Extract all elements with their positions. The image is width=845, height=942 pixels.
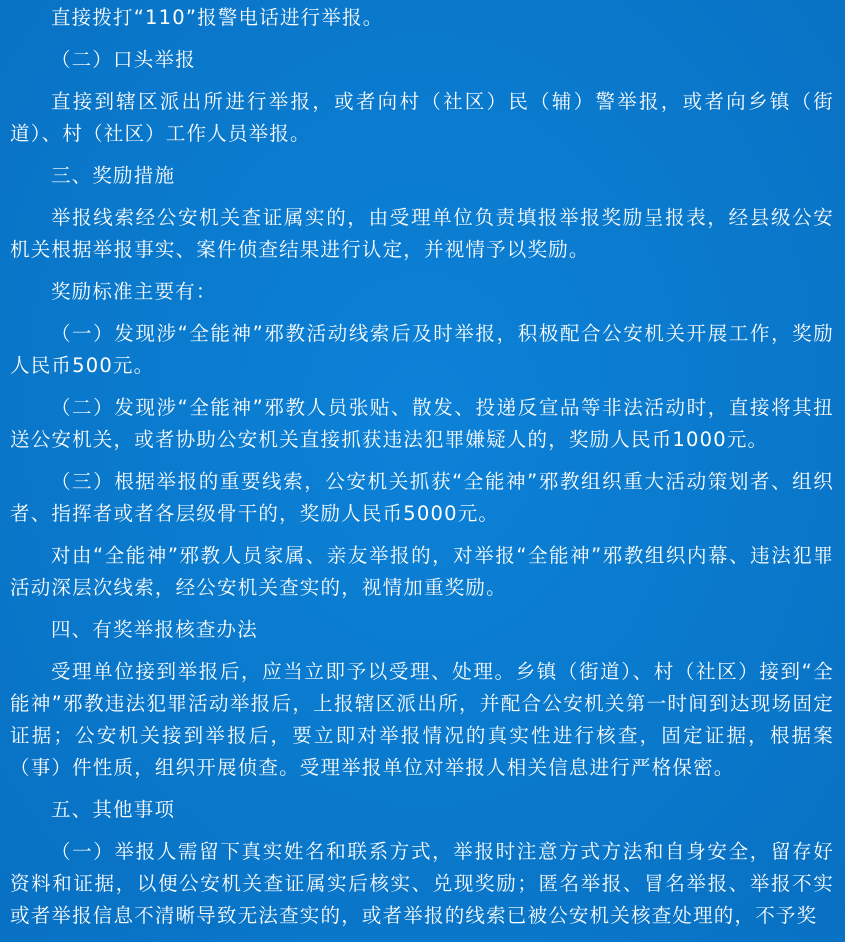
- paragraph-reward-standards-intro: 奖励标准主要有：: [10, 276, 834, 308]
- section-heading-other: 五、其他事项: [10, 794, 834, 826]
- paragraph-verification: 受理单位接到举报后，应当立即予以受理、处理。乡镇（街道）、村（社区）接到“全能神…: [10, 656, 834, 784]
- section-heading-rewards: 三、奖励措施: [10, 160, 834, 192]
- paragraph-reward-process: 举报线索经公安机关查证属实的，由受理单位负责填报举报奖励呈报表，经县级公安机关根…: [10, 202, 834, 266]
- paragraph-reward-tier-2: （二）发现涉“全能神”邪教人员张贴、散发、投递反宣品等非法活动时，直接将其扭送公…: [10, 392, 834, 456]
- paragraph-reward-tier-1: （一）发现涉“全能神”邪教活动线索后及时举报，积极配合公安机关开展工作，奖励人民…: [10, 318, 834, 382]
- paragraph-verbal-report: 直接到辖区派出所进行举报，或者向村（社区）民（辅）警举报，或者向乡镇（街道）、村…: [10, 86, 834, 150]
- paragraph-other-1: （一）举报人需留下真实姓名和联系方式，举报时注意方式方法和自身安全，留存好资料和…: [10, 836, 834, 932]
- paragraph-phone-report: 直接拨打“110”报警电话进行举报。: [10, 2, 834, 34]
- subheading-verbal-report: （二）口头举报: [10, 44, 834, 76]
- article-body: 直接拨打“110”报警电话进行举报。 （二）口头举报 直接到辖区派出所进行举报，…: [10, 2, 834, 935]
- paragraph-reward-family: 对由“全能神”邪教人员家属、亲友举报的，对举报“全能神”邪教组织内幕、违法犯罪活…: [10, 540, 834, 604]
- section-heading-verification: 四、有奖举报核查办法: [10, 614, 834, 646]
- paragraph-reward-tier-3: （三）根据举报的重要线索，公安机关抓获“全能神”邪教组织重大活动策划者、组织者、…: [10, 466, 834, 530]
